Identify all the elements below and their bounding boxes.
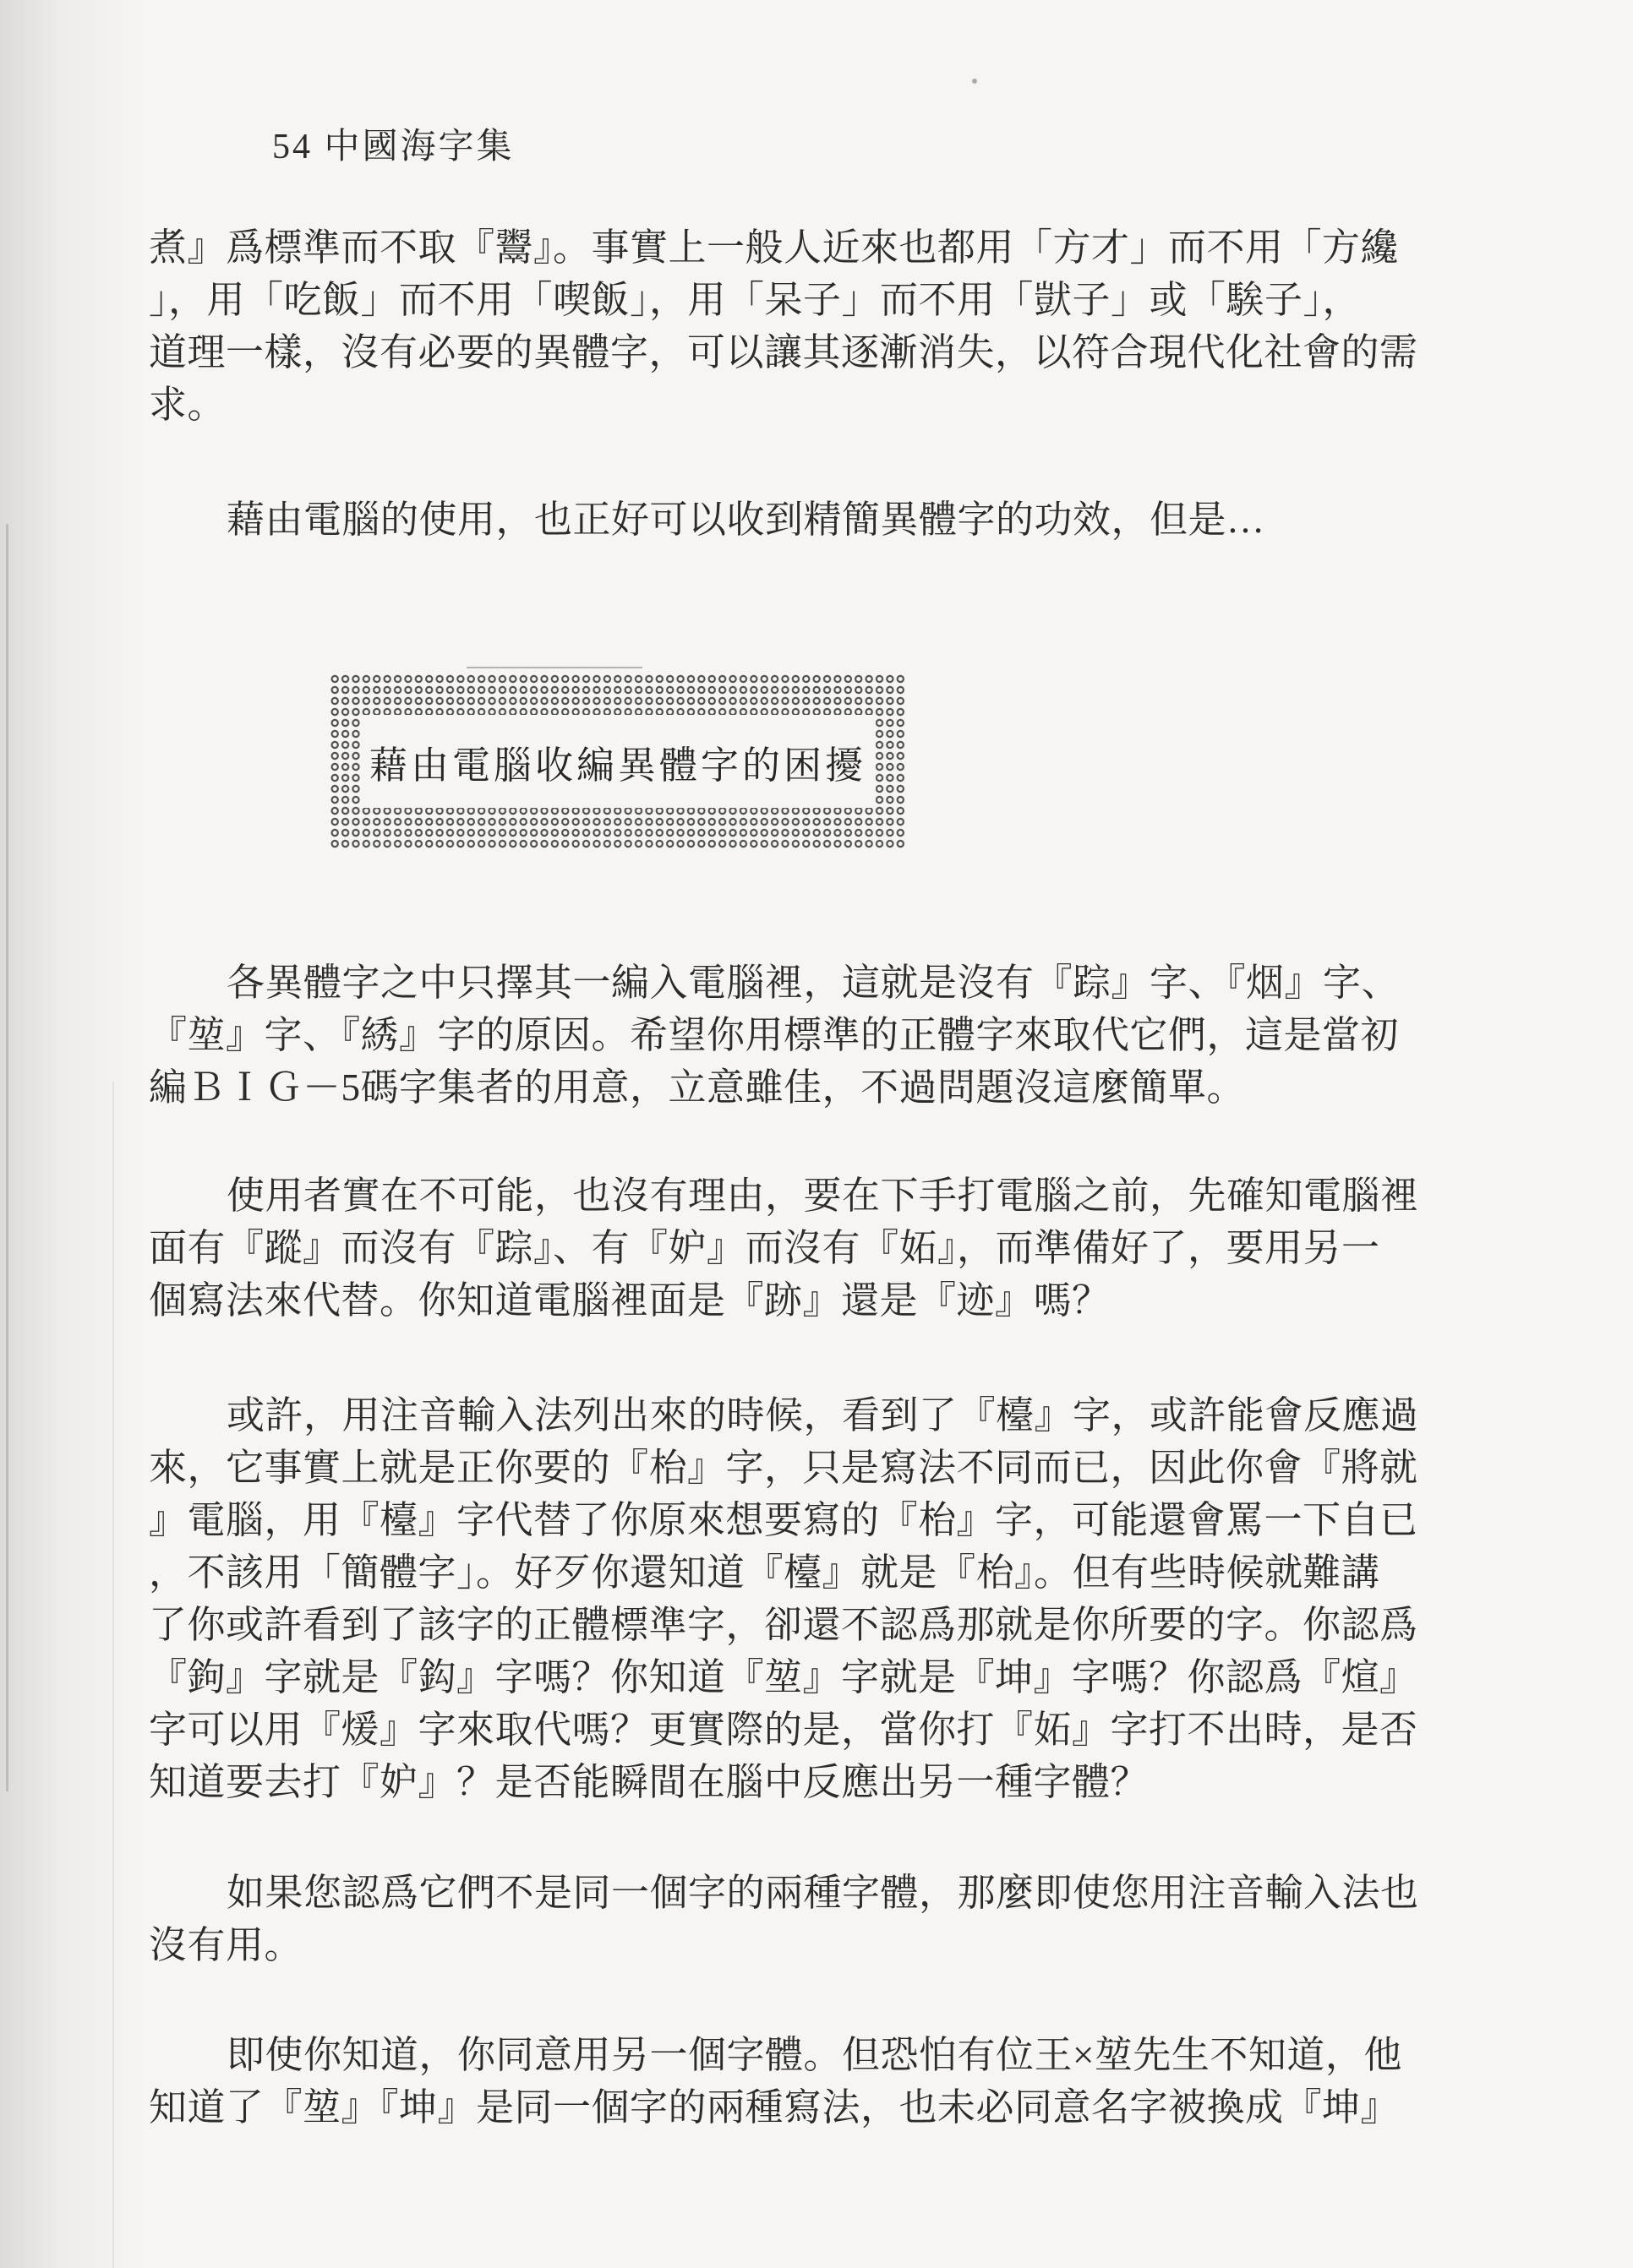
text-line: 煮』爲標準而不取『鬻』。事實上一般人近來也都用「方才」而不用「方纔 <box>149 221 1535 274</box>
text-line: 如果您認爲它們不是同一個字的兩種字體，那麼即使您用注音輸入法也 <box>149 1867 1535 1919</box>
scan-speck <box>972 79 977 84</box>
paragraph-3: 各異體字之中只擇其一編入電腦裡，這就是沒有『踪』字、『烟』字、 『堃』字、『綉』… <box>149 957 1535 1114</box>
paragraph-6: 如果您認爲它們不是同一個字的兩種字體，那麼即使您用注音輸入法也 沒有用。 <box>149 1867 1535 1971</box>
paragraph-2: 藉由電腦的使用，也正好可以收到精簡異體字的功效，但是… <box>149 493 1535 546</box>
text-line: 來，它事實上就是正你要的『枱』字，只是寫法不同而已，因此你會『將就 <box>149 1442 1535 1494</box>
book-page: 54 中國海字集 煮』爲標準而不取『鬻』。事實上一般人近來也都用「方才」而不用「… <box>0 0 1633 2268</box>
paragraph-1: 煮』爲標準而不取『鬻』。事實上一般人近來也都用「方才」而不用「方纔 」，用「吃飯… <box>149 221 1535 431</box>
spine-crease-line <box>6 524 8 1791</box>
paragraph-7: 即使你知道，你同意用另一個字體。但恐怕有位王×堃先生不知道，他 知道了『堃』『坤… <box>149 2029 1535 2134</box>
section-title: 藉由電腦收編異體字的困擾 <box>369 734 866 789</box>
paper-crease-line <box>112 1082 114 2268</box>
text-line: 」，用「吃飯」而不用「喫飯」，用「呆子」而不用「獃子」或「騃子」， <box>149 274 1535 326</box>
text-line: 面有『蹤』而沒有『踪』、有『妒』而沒有『妬』，而準備好了，要用另一 <box>149 1222 1535 1274</box>
text-line: 』電腦，用『檯』字代替了你原來想要寫的『枱』字，可能還會罵一下自已 <box>149 1494 1535 1546</box>
scan-artifact-line <box>467 667 642 668</box>
text-line: 知道了『堃』『坤』是同一個字的兩種寫法，也未必同意名字被換成『坤』 <box>149 2081 1535 2134</box>
section-title-box: 藉由電腦收編異體字的困擾 <box>330 673 906 849</box>
text-line: 使用者實在不可能，也沒有理由，要在下手打電腦之前，先確知電腦裡 <box>149 1169 1535 1222</box>
paragraph-5: 或許，用注音輸入法列出來的時候，看到了『檯』字，或許能會反應過 來，它事實上就是… <box>149 1389 1535 1808</box>
text-line: 各異體字之中只擇其一編入電腦裡，這就是沒有『踪』字、『烟』字、 <box>149 957 1535 1009</box>
page-gutter-shadow <box>0 0 144 2268</box>
text-line: 編ＢＩＧ－5碼字集者的用意，立意雖佳，不過問題沒這麼簡單。 <box>149 1061 1535 1114</box>
text-line: 『鉤』字就是『鈎』字嗎？你知道『堃』字就是『坤』字嗎？你認爲『煊』 <box>149 1651 1535 1704</box>
text-line: 『堃』字、『綉』字的原因。希望你用標準的正體字來取代它們，這是當初 <box>149 1009 1535 1061</box>
page-header: 54 中國海字集 <box>272 118 515 169</box>
text-line: 藉由電腦的使用，也正好可以收到精簡異體字的功效，但是… <box>149 493 1535 546</box>
text-line: 了你或許看到了該字的正體標準字，卻還不認爲那就是你所要的字。你認爲 <box>149 1599 1535 1651</box>
section-title-box-inner: 藉由電腦收編異體字的困擾 <box>360 715 876 808</box>
text-line: 即使你知道，你同意用另一個字體。但恐怕有位王×堃先生不知道，他 <box>149 2029 1535 2081</box>
text-line: 字可以用『煖』字來取代嗎？更實際的是，當你打『妬』字打不出時，是否 <box>149 1704 1535 1756</box>
text-line: 個寫法來代替。你知道電腦裡面是『跡』還是『迹』嗎？ <box>149 1274 1535 1327</box>
text-line: 知道要去打『妒』？是否能瞬間在腦中反應出另一種字體？ <box>149 1756 1535 1808</box>
paragraph-4: 使用者實在不可能，也沒有理由，要在下手打電腦之前，先確知電腦裡 面有『蹤』而沒有… <box>149 1169 1535 1327</box>
text-line: 或許，用注音輸入法列出來的時候，看到了『檯』字，或許能會反應過 <box>149 1389 1535 1442</box>
text-line: 道理一樣，沒有必要的異體字，可以讓其逐漸消失，以符合現代化社會的需 <box>149 326 1535 379</box>
text-line: 求。 <box>149 379 1535 431</box>
text-line: ，不該用「簡體字」。好歹你還知道『檯』就是『枱』。但有些時候就難講 <box>149 1546 1535 1599</box>
text-line: 沒有用。 <box>149 1919 1535 1971</box>
